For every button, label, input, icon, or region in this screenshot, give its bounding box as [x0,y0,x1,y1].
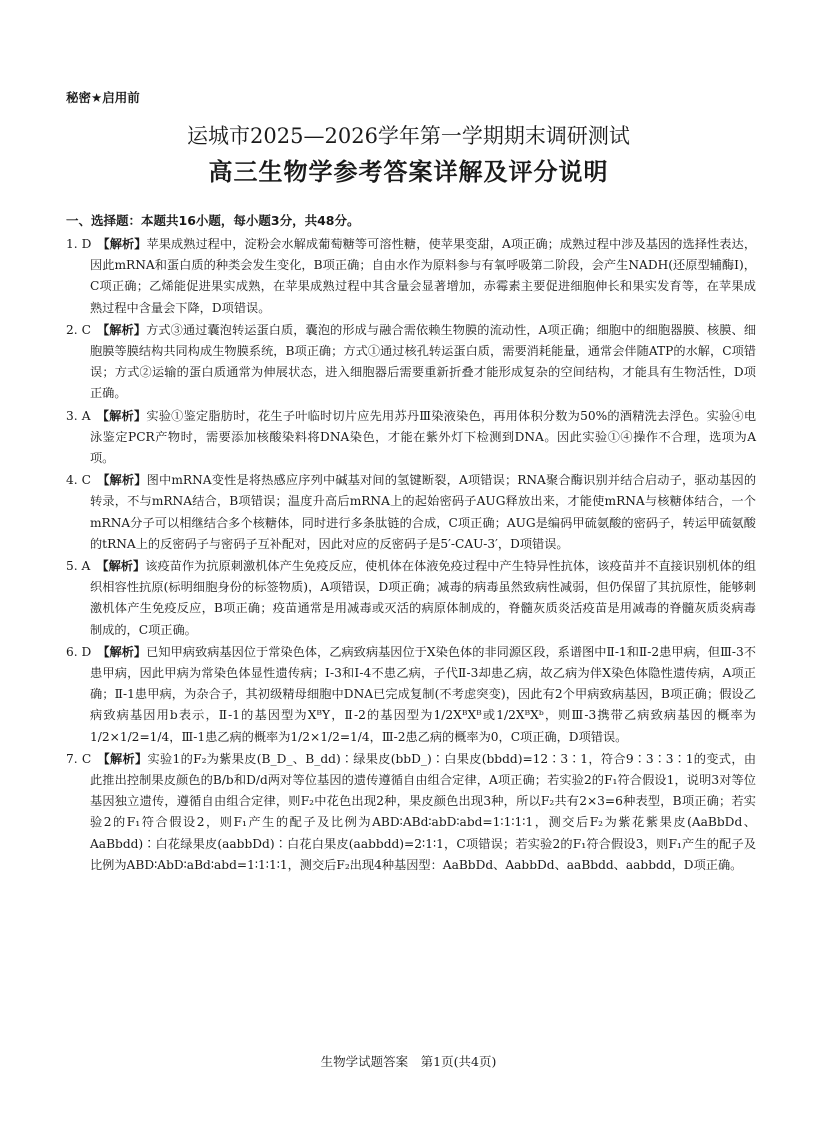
answer-item: 1. D【解析】苹果成熟过程中，淀粉会水解成葡萄糖等可溶性糖，使苹果变甜，A项正… [66,234,756,319]
answer-explanation: 苹果成熟过程中，淀粉会水解成葡萄糖等可溶性糖，使苹果变甜，A项正确；成熟过程中涉… [90,237,756,315]
section-heading: 一、选择题：本题共16小题，每小题3分，共48分。 [66,211,360,229]
answer-item: 3. A【解析】实验①鉴定脂肪时，花生子叶临时切片应先用苏丹Ⅲ染液染色，再用体积… [66,406,756,470]
answer-number: 6. D [66,645,91,659]
analysis-tag: 【解析】 [97,409,147,423]
analysis-tag: 【解析】 [97,237,146,251]
exam-title: 运城市2025—2026学年第一学期期末调研测试 [0,120,817,150]
answer-list: 1. D【解析】苹果成熟过程中，淀粉会水解成葡萄糖等可溶性糖，使苹果变甜，A项正… [66,234,756,877]
answer-explanation: 图中mRNA变性是将热感应序列中碱基对间的氢键断裂，A项错误；RNA聚合酶识别并… [90,473,756,551]
document-title: 高三生物学参考答案详解及评分说明 [0,152,817,187]
answer-explanation: 方式③通过囊泡转运蛋白质，囊泡的形成与融合需依赖生物膜的流动性，A项正确；细胞中… [90,323,756,401]
answer-explanation: 实验1的F₂为紫果皮(B_D_、B_dd)∶绿果皮(bbD_)∶白果皮(bbdd… [90,752,756,872]
page-footer: 生物学试题答案 第1页(共4页) [0,1052,817,1070]
answer-number: 2. C [66,323,91,337]
answer-item: 6. D【解析】已知甲病致病基因位于常染色体，乙病致病基因位于X染色体的非同源区… [66,642,756,748]
analysis-tag: 【解析】 [97,323,146,337]
analysis-tag: 【解析】 [97,752,147,766]
answer-explanation: 该疫苗作为抗原刺激机体产生免疫反应，使机体在体液免疫过程中产生特异性抗体，该疫苗… [90,559,756,637]
answer-item: 7. C【解析】实验1的F₂为紫果皮(B_D_、B_dd)∶绿果皮(bbD_)∶… [66,749,756,876]
confidential-label: 秘密★启用前 [66,88,140,106]
answer-number: 7. C [66,752,91,766]
answer-number: 1. D [66,237,91,251]
answer-number: 5. A [66,559,90,573]
analysis-tag: 【解析】 [96,559,145,573]
answer-explanation: 实验①鉴定脂肪时，花生子叶临时切片应先用苏丹Ⅲ染液染色，再用体积分数为50%的酒… [90,409,756,465]
answer-item: 2. C【解析】方式③通过囊泡转运蛋白质，囊泡的形成与融合需依赖生物膜的流动性，… [66,320,756,405]
answer-number: 3. A [66,409,91,423]
analysis-tag: 【解析】 [97,645,146,659]
answer-explanation: 已知甲病致病基因位于常染色体，乙病致病基因位于X染色体的非同源区段，系谱图中Ⅱ-… [90,645,756,744]
answer-item: 5. A【解析】该疫苗作为抗原刺激机体产生免疫反应，使机体在体液免疫过程中产生特… [66,556,756,641]
answer-item: 4. C【解析】图中mRNA变性是将热感应序列中碱基对间的氢键断裂，A项错误；R… [66,470,756,555]
analysis-tag: 【解析】 [97,473,147,487]
answer-number: 4. C [66,473,91,487]
